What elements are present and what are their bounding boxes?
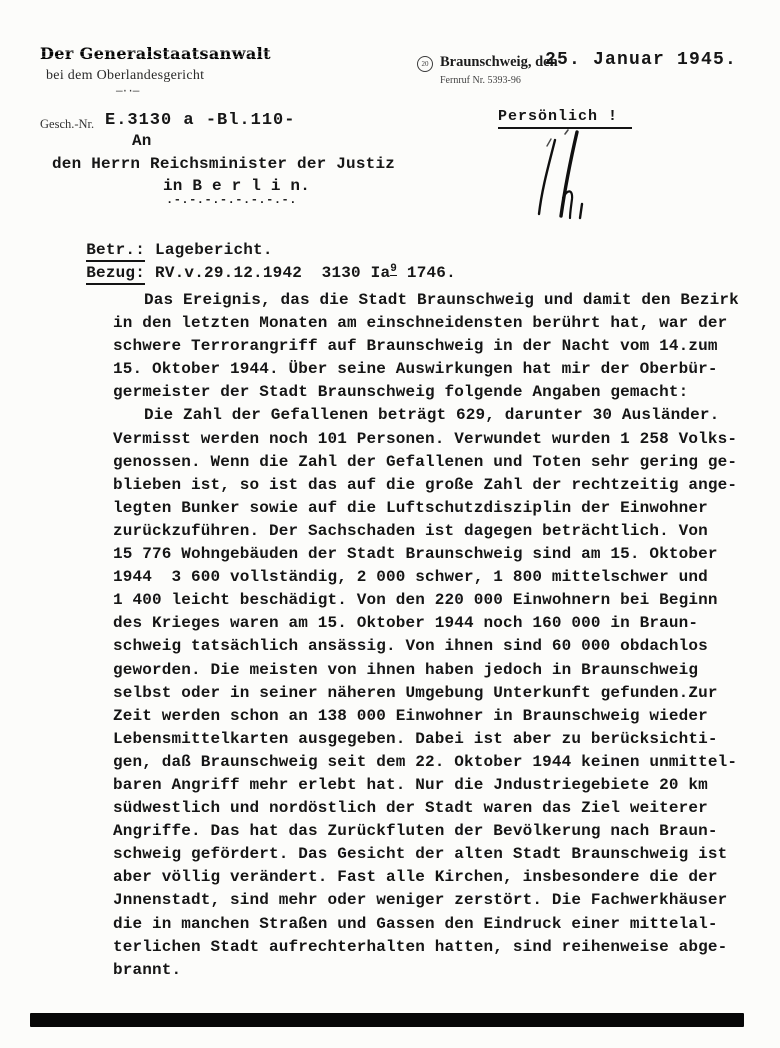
recipient-separator: .-.-.-.-.-.-.-.-. [166, 193, 297, 207]
scan-artifact-bar [30, 1013, 744, 1027]
reference-number: E.3130 a -Bl.110- [105, 111, 295, 130]
phone-number: Fernruf Nr. 5393-96 [440, 75, 521, 86]
recipient-salutation: An [132, 132, 152, 150]
regarding-value: RV.v.29.12.1942 3130 Ia9 1746. [155, 264, 456, 282]
body-paragraph: Das Ereignis, das die Stadt Braunschweig… [113, 289, 761, 404]
handwritten-mark [520, 126, 600, 231]
scanned-letter-page: Der Generalstaatsanwalt bei dem Oberland… [0, 0, 780, 1048]
city-date-label: Braunschweig, den [440, 54, 558, 71]
letterhead-flourish: —··— [116, 88, 172, 96]
sender-subtitle: bei dem Oberlandesgericht [46, 68, 204, 84]
body-paragraph: Die Zahl der Gefallenen beträgt 629, dar… [113, 404, 761, 981]
letter-date: 25. Januar 1945. [545, 50, 737, 70]
sender-title: Der Generalstaatsanwalt [40, 44, 271, 63]
reference-label: Gesch.-Nr. [40, 117, 94, 132]
regarding-label: Bezug: [86, 264, 145, 285]
recipient-name: den Herrn Reichsminister der Justiz [52, 155, 395, 173]
postal-zone-icon: 20 [417, 56, 433, 72]
letter-body: Das Ereignis, das die Stadt Braunschweig… [113, 289, 761, 982]
